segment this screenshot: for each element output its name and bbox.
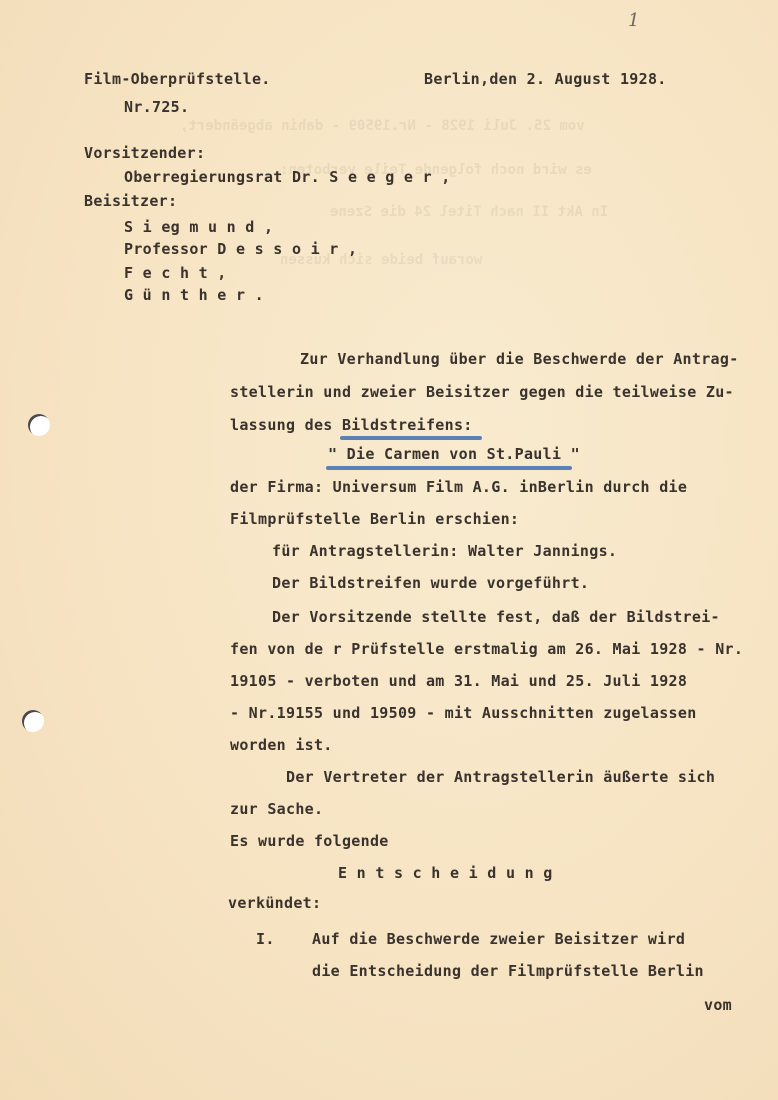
document-number: Nr.725.: [124, 98, 189, 116]
body-line: Zur Verhandlung über die Beschwerde der …: [300, 350, 739, 368]
body-line: Filmprüfstelle Berlin erschien:: [230, 510, 519, 528]
body-line: verkündet:: [228, 894, 321, 912]
chair-name: Oberregierungsrat Dr. S e e g e r ,: [124, 168, 451, 186]
assessor-name: Professor D e s s o i r ,: [124, 240, 357, 258]
body-line: zur Sache.: [230, 800, 323, 818]
show-through-text: In Akt II nach Titel 24 die Szene: [330, 204, 608, 220]
blue-pencil-underline: [340, 436, 482, 440]
handwritten-page-number: 1: [628, 10, 639, 31]
body-line: lassung des Bildstreifens:: [230, 416, 473, 434]
blue-pencil-underline: [326, 466, 572, 470]
punch-hole: [28, 414, 50, 436]
authority-name: Film-Oberprüfstelle.: [84, 70, 271, 88]
body-line: der Firma: Universum Film A.G. inBerlin …: [230, 478, 687, 496]
body-line: worden ist.: [230, 736, 333, 754]
body-line: für Antragstellerin: Walter Jannings.: [272, 542, 617, 560]
chair-label: Vorsitzender:: [84, 144, 205, 162]
body-line: fen von de r Prüfstelle erstmalig am 26.…: [230, 640, 743, 658]
body-line: Der Bildstreifen wurde vorgeführt.: [272, 574, 589, 592]
continuation-word: vom: [704, 996, 732, 1014]
body-line: die Entscheidung der Filmprüfstelle Berl…: [312, 962, 704, 980]
assessor-name: S i eg m u n d ,: [124, 218, 273, 236]
assessors-label: Beisitzer:: [84, 192, 177, 210]
body-line: Der Vertreter der Antragstellerin äußert…: [286, 768, 715, 786]
body-line: - Nr.19155 und 19509 - mit Ausschnitten …: [230, 704, 697, 722]
document-page: vom 25. Juli 1928 - Nr.19509 - dahin abg…: [0, 0, 778, 1100]
body-line: Es wurde folgende: [230, 832, 389, 850]
place-date: Berlin,den 2. August 1928.: [424, 70, 667, 88]
body-line: 19105 - verboten und am 31. Mai und 25. …: [230, 672, 687, 690]
show-through-text: vom 25. Juli 1928 - Nr.19509 - dahin abg…: [180, 118, 585, 134]
decision-heading: E n t s c h e i d u n g: [338, 864, 553, 882]
body-line: stellerin und zweier Beisitzer gegen die…: [230, 383, 734, 401]
assessor-name: F e c h t ,: [124, 264, 227, 282]
body-line: Der Vorsitzende stellte fest, daß der Bi…: [272, 608, 720, 626]
film-title: " Die Carmen von St.Pauli ": [328, 445, 580, 463]
assessor-name: G ü n t h e r .: [124, 286, 264, 304]
section-number: I.: [256, 930, 275, 948]
body-line: Auf die Beschwerde zweier Beisitzer wird: [312, 930, 685, 948]
punch-hole: [22, 710, 44, 732]
